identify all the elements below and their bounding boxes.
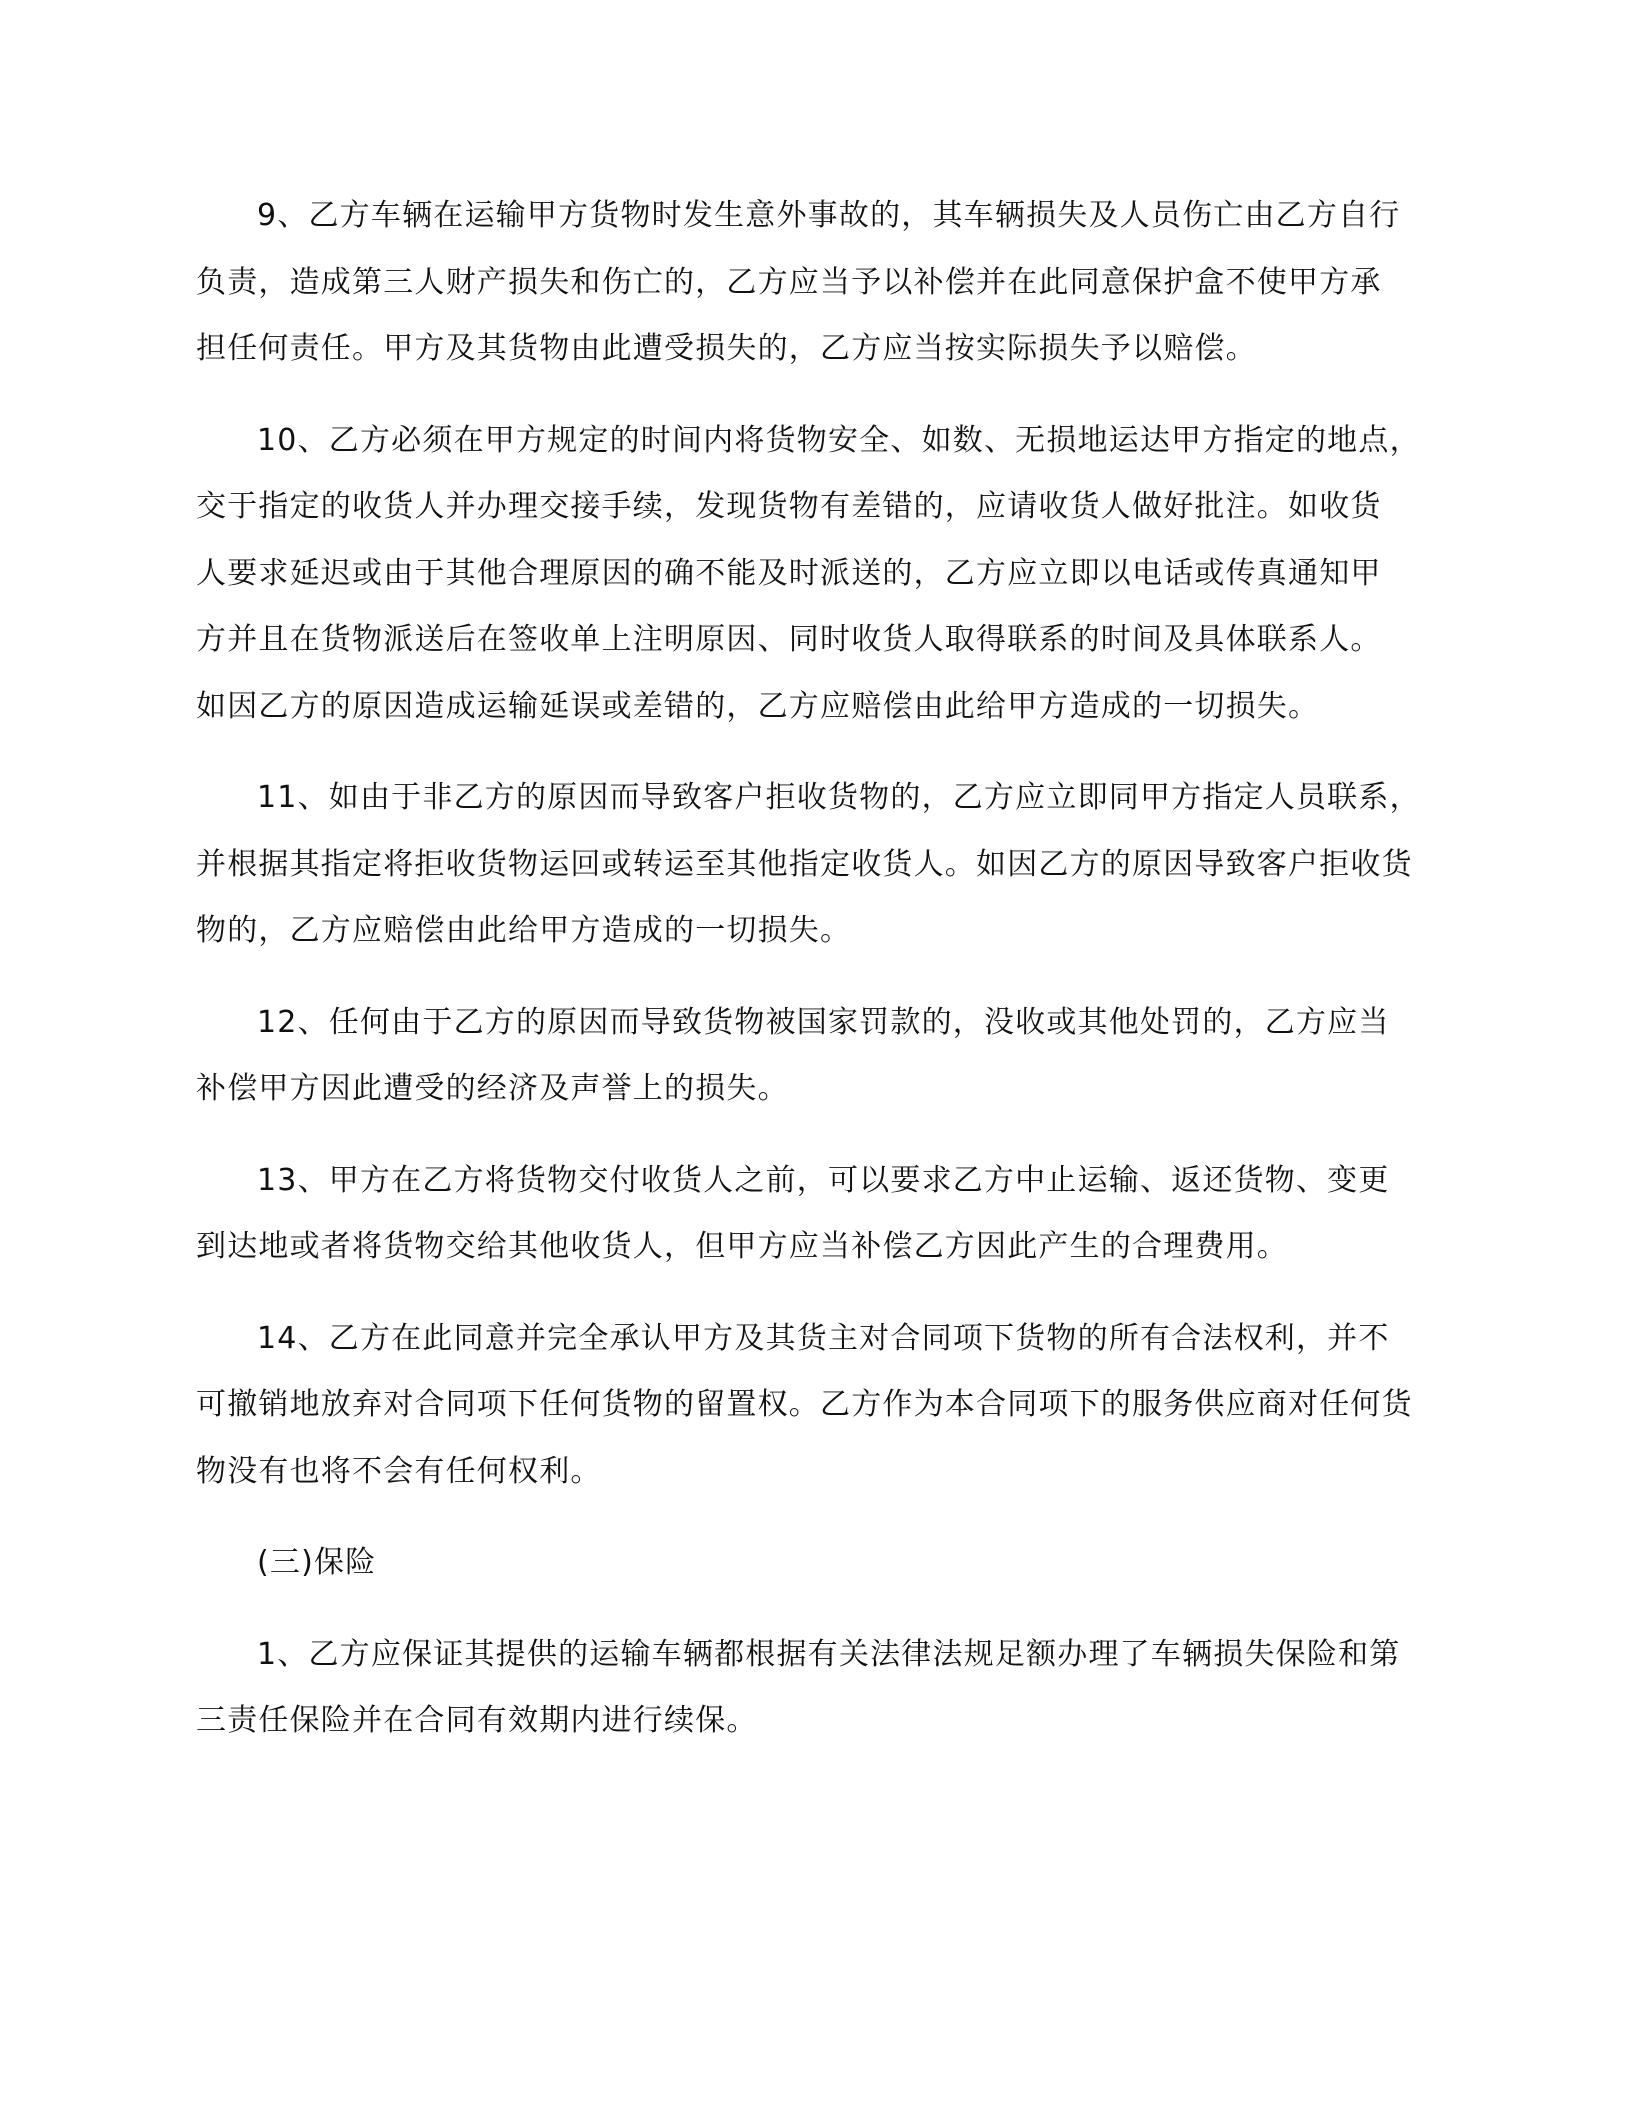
clause-10: 10、乙方必须在甲方规定的时间内将货物安全、如数、无损地运达甲方指定的地点， 交…	[196, 408, 1446, 741]
text-line: 三责任保险并在合同有效期内进行续保。	[196, 1688, 1446, 1755]
clause-14: 14、乙方在此同意并完全承认甲方及其货主对合同项下货物的所有合法权利，并不 可撤…	[196, 1306, 1446, 1506]
text-line: 10、乙方必须在甲方规定的时间内将货物安全、如数、无损地运达甲方指定的地点，	[196, 408, 1446, 475]
clause-13: 13、甲方在乙方将货物交付收货人之前，可以要求乙方中止运输、返还货物、变更 到达…	[196, 1148, 1446, 1281]
text-line: 9、乙方车辆在运输甲方货物时发生意外事故的，其车辆损失及人员伤亡由乙方自行	[196, 183, 1446, 250]
text-line: 补偿甲方因此遭受的经济及声誉上的损失。	[196, 1056, 1446, 1123]
text-line: 负责，造成第三人财产损失和伤亡的，乙方应当予以补偿并在此同意保护盒不使甲方承	[196, 250, 1446, 317]
text-line: 担任何责任。甲方及其货物由此遭受损失的，乙方应当按实际损失予以赔偿。	[196, 316, 1446, 383]
document-page: 9、乙方车辆在运输甲方货物时发生意外事故的，其车辆损失及人员伤亡由乙方自行 负责…	[0, 0, 1632, 2112]
text-line: 到达地或者将货物交给其他收货人，但甲方应当补偿乙方因此产生的合理费用。	[196, 1214, 1446, 1281]
text-line: 可撤销地放弃对合同项下任何货物的留置权。乙方作为本合同项下的服务供应商对任何货	[196, 1372, 1446, 1439]
text-line: 12、任何由于乙方的原因而导致货物被国家罚款的，没收或其他处罚的，乙方应当	[196, 990, 1446, 1057]
clause-11: 11、如由于非乙方的原因而导致客户拒收货物的，乙方应立即同甲方指定人员联系， 并…	[196, 765, 1446, 965]
section-heading-insurance: (三)保险	[196, 1530, 1446, 1597]
text-line: 人要求延迟或由于其他合理原因的确不能及时派送的，乙方应立即以电话或传真通知甲	[196, 541, 1446, 608]
text-line: 物没有也将不会有任何权利。	[196, 1439, 1446, 1506]
clause-9: 9、乙方车辆在运输甲方货物时发生意外事故的，其车辆损失及人员伤亡由乙方自行 负责…	[196, 183, 1446, 383]
text-line: 方并且在货物派送后在签收单上注明原因、同时收货人取得联系的时间及具体联系人。	[196, 607, 1446, 674]
text-line: 14、乙方在此同意并完全承认甲方及其货主对合同项下货物的所有合法权利，并不	[196, 1306, 1446, 1373]
text-line: 1、乙方应保证其提供的运输车辆都根据有关法律法规足额办理了车辆损失保险和第	[196, 1622, 1446, 1689]
section-heading: (三)保险	[196, 1530, 1446, 1597]
text-line: 交于指定的收货人并办理交接手续，发现货物有差错的，应请收货人做好批注。如收货	[196, 474, 1446, 541]
text-line: 11、如由于非乙方的原因而导致客户拒收货物的，乙方应立即同甲方指定人员联系，	[196, 765, 1446, 832]
insurance-clause-1: 1、乙方应保证其提供的运输车辆都根据有关法律法规足额办理了车辆损失保险和第 三责…	[196, 1622, 1446, 1755]
text-line: 13、甲方在乙方将货物交付收货人之前，可以要求乙方中止运输、返还货物、变更	[196, 1148, 1446, 1215]
clause-12: 12、任何由于乙方的原因而导致货物被国家罚款的，没收或其他处罚的，乙方应当 补偿…	[196, 990, 1446, 1123]
document-body: 9、乙方车辆在运输甲方货物时发生意外事故的，其车辆损失及人员伤亡由乙方自行 负责…	[196, 183, 1446, 1780]
text-line: 并根据其指定将拒收货物运回或转运至其他指定收货人。如因乙方的原因导致客户拒收货	[196, 832, 1446, 899]
text-line: 物的，乙方应赔偿由此给甲方造成的一切损失。	[196, 898, 1446, 965]
text-line: 如因乙方的原因造成运输延误或差错的，乙方应赔偿由此给甲方造成的一切损失。	[196, 674, 1446, 741]
